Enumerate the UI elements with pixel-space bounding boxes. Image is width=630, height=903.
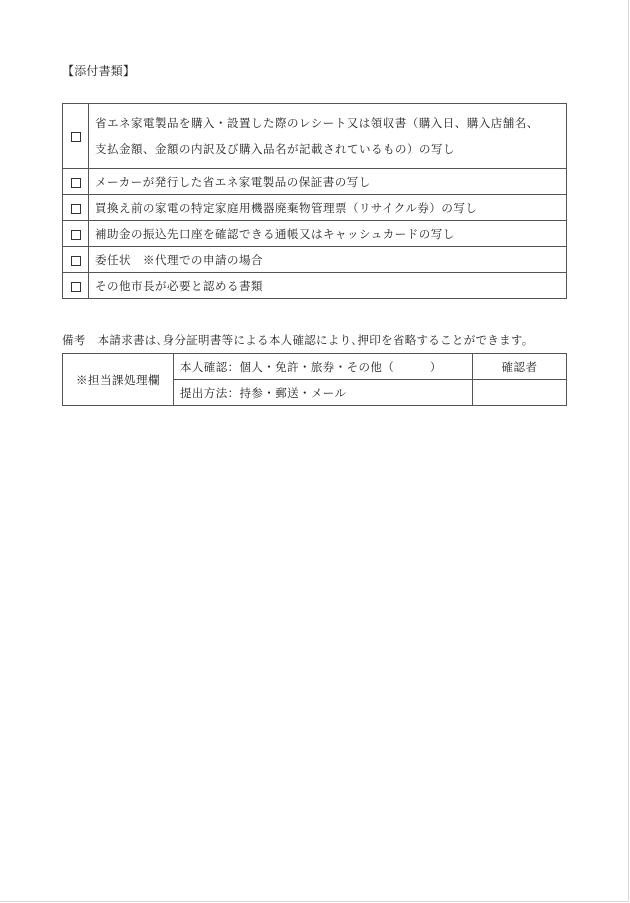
attachment-checkbox-cell[interactable] — [63, 247, 89, 273]
attachment-checkbox-cell[interactable] — [63, 273, 89, 299]
attachment-checkbox-cell[interactable] — [63, 221, 89, 247]
attachment-row: その他市長が必要と認める書類 — [63, 273, 567, 299]
checkbox-icon[interactable] — [71, 204, 81, 214]
checkbox-icon[interactable] — [71, 230, 81, 240]
attachment-text-cell: 省エネ家電製品を購入・設置した際のレシート又は領収書（購入日、購入店舗名、 支払… — [89, 104, 567, 169]
attachment-text-line: 省エネ家電製品を購入・設置した際のレシート又は領収書（購入日、購入店舗名、 — [95, 110, 566, 136]
attachment-checkbox-cell[interactable] — [63, 195, 89, 221]
office-use-table: ※担当課処理欄 本人確認：個人・免許・旅券・その他（ ） 確認者 提出方法：持参… — [62, 353, 567, 406]
attachment-row: 補助金の振込先口座を確認できる通帳又はキャッシュカードの写し — [63, 221, 567, 247]
attachment-text: 買換え前の家電の特定家庭用機器廃棄物管理票（リサイクル券）の写し — [89, 195, 567, 221]
attachment-text: 補助金の振込先口座を確認できる通帳又はキャッシュカードの写し — [89, 221, 567, 247]
checkbox-icon[interactable] — [71, 178, 81, 188]
attachment-text: メーカーが発行した省エネ家電製品の保証書の写し — [89, 169, 567, 195]
attachment-text: その他市長が必要と認める書類 — [89, 273, 567, 299]
remarks-label: 備考 — [62, 333, 86, 347]
office-use-header: ※担当課処理欄 — [63, 354, 174, 406]
checkbox-icon[interactable] — [71, 132, 81, 142]
attachment-text: 委任状 ※代理での申請の場合 — [89, 247, 567, 273]
attachments-table: 省エネ家電製品を購入・設置した際のレシート又は領収書（購入日、購入店舗名、 支払… — [62, 103, 567, 299]
attachment-row: 委任状 ※代理での申請の場合 — [63, 247, 567, 273]
attachment-text-line: 支払金額、金額の内訳及び購入品名が記載されているもの）の写し — [95, 136, 566, 162]
submission-method-field: 提出方法：持参・郵送・メール — [174, 380, 473, 406]
attachment-row: 省エネ家電製品を購入・設置した際のレシート又は領収書（購入日、購入店舗名、 支払… — [63, 104, 567, 169]
attachment-checkbox-cell[interactable] — [63, 169, 89, 195]
checkbox-icon[interactable] — [71, 282, 81, 292]
confirmer-value-cell[interactable] — [473, 380, 567, 406]
remarks-text: 本請求書は､身分証明書等による本人確認により､押印を省略することができます。 — [98, 333, 534, 347]
attachment-row: メーカーが発行した省エネ家電製品の保証書の写し — [63, 169, 567, 195]
identity-check-field: 本人確認：個人・免許・旅券・その他（ ） — [174, 354, 473, 380]
attachment-checkbox-cell[interactable] — [63, 104, 89, 169]
confirmer-label: 確認者 — [473, 354, 567, 380]
section-title: 【添付書類】 — [62, 64, 135, 78]
office-row: ※担当課処理欄 本人確認：個人・免許・旅券・その他（ ） 確認者 — [63, 354, 567, 380]
remarks-note: 備考本請求書は､身分証明書等による本人確認により､押印を省略することができます。 — [62, 333, 534, 347]
checkbox-icon[interactable] — [71, 256, 81, 266]
attachment-row: 買換え前の家電の特定家庭用機器廃棄物管理票（リサイクル券）の写し — [63, 195, 567, 221]
